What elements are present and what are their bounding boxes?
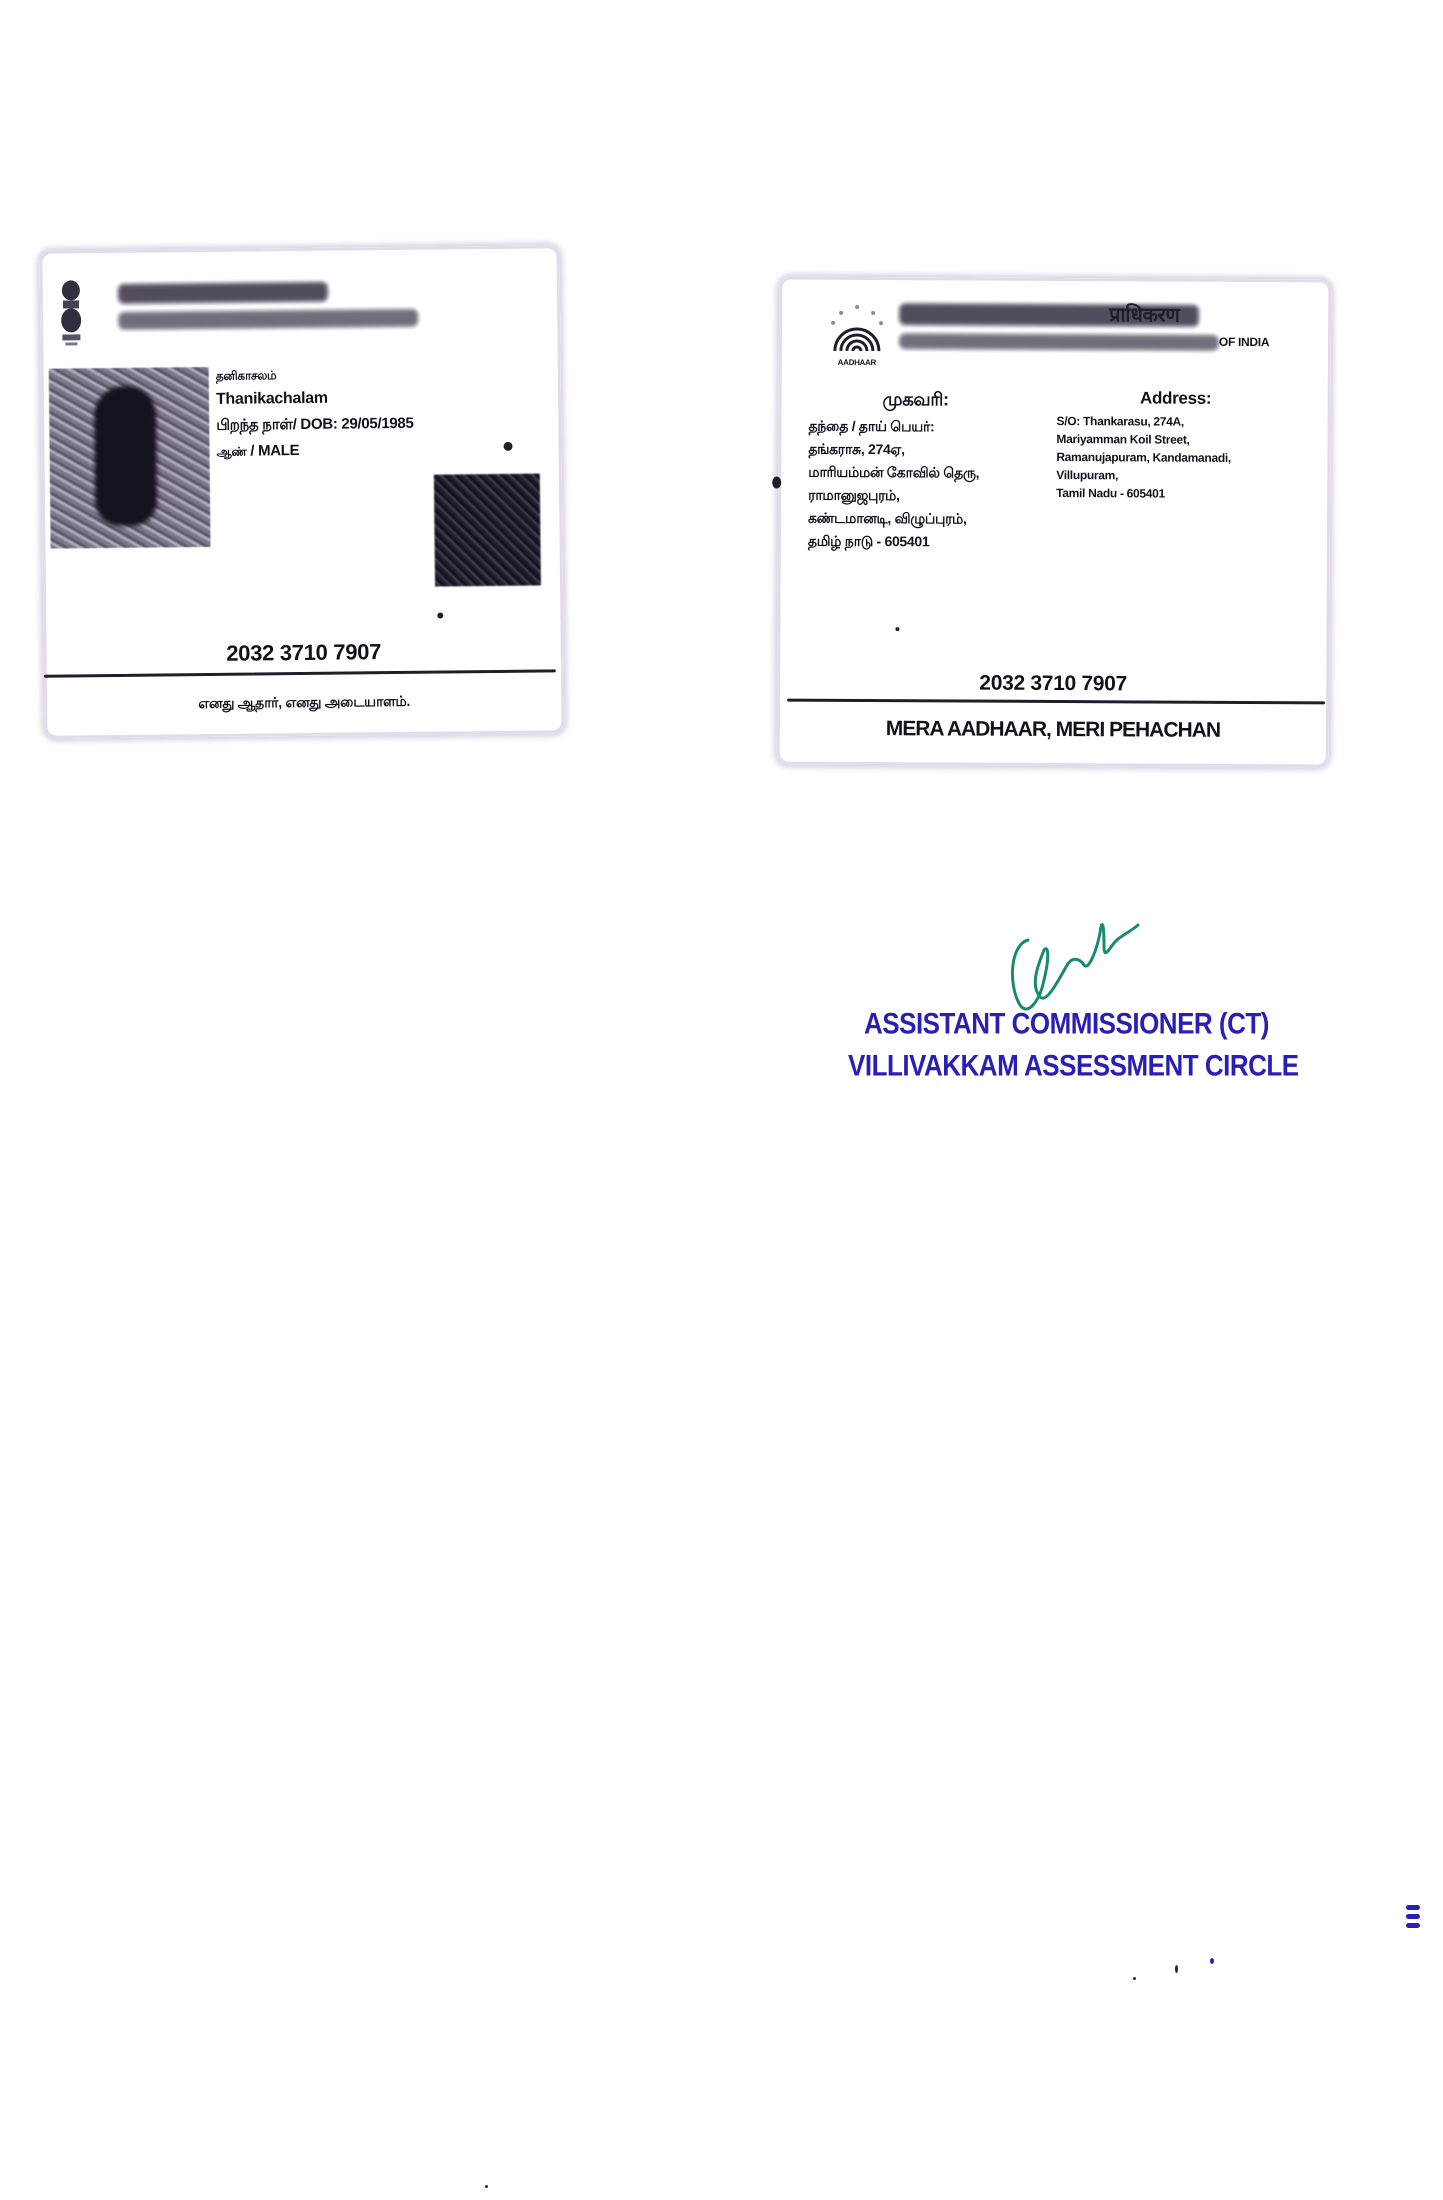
header-english-tail: OF INDIA: [1219, 335, 1269, 349]
tagline-tamil: எனது ஆதார், எனது அடையாளம்.: [44, 691, 564, 715]
dob-value: 29/05/1985: [341, 415, 413, 433]
tamil-address-line: தந்தை / தாய் பெயர்:: [808, 415, 979, 439]
tamil-address-heading: முகவரி:: [831, 389, 1001, 413]
dob-row: பிறந்த நாள்/ DOB: 29/05/1985: [216, 415, 413, 436]
header-english-redacted: [899, 333, 1219, 351]
gender-row: ஆண் / MALE: [216, 442, 299, 461]
header-line-2-redacted: [118, 309, 418, 330]
english-address: S/O: Thankarasu, 274A, Mariyamman Koil S…: [1056, 412, 1231, 503]
english-address-line: Ramanujapuram, Kandamanadi,: [1056, 448, 1231, 467]
tamil-address-line: கண்டமானடி, விழுப்புரம்,: [808, 507, 979, 531]
english-address-line: Mariyamman Koil Street,: [1056, 430, 1231, 449]
tamil-address-line: தமிழ் நாடு - 605401: [808, 530, 979, 554]
speck: [437, 613, 443, 619]
divider: [787, 699, 1325, 705]
aadhaar-number: 2032 3710 7907: [44, 637, 564, 668]
speck: [1175, 1965, 1178, 1973]
english-address-line: Tamil Nadu - 605401: [1056, 484, 1231, 503]
speck: [1210, 1958, 1214, 1964]
header-hindi-tail: प्राधिकरण: [1109, 300, 1180, 327]
speck: [772, 477, 781, 489]
stamp-line-1: ASSISTANT COMMISSIONER (CT): [864, 1006, 1269, 1042]
name-english: Thanikachalam: [216, 390, 328, 409]
national-emblem-icon: [58, 278, 85, 348]
tamil-address-line: மாரியம்மன் கோவில் தெரு,: [808, 461, 979, 485]
header-line-1-redacted: [118, 282, 328, 304]
dob-label: பிறந்த நாள்/ DOB:: [216, 416, 337, 434]
divider: [44, 669, 556, 677]
tagline-english: MERA AADHAAR, MERI PEHACHAN: [777, 717, 1329, 744]
photo: [49, 367, 211, 549]
gender-value: / MALE: [250, 442, 299, 460]
stamp-line-2: VILLIVAKKAM ASSESSMENT CIRCLE: [848, 1048, 1299, 1084]
logo-caption: AADHAAR: [827, 358, 887, 367]
tamil-address-line: தங்கராசு, 274ஏ,: [808, 438, 979, 462]
ink-marks-icon: [1406, 1905, 1420, 1935]
aadhaar-number: 2032 3710 7907: [777, 671, 1329, 698]
signature: [1000, 905, 1170, 1015]
qr-code-redacted: [434, 474, 541, 587]
aadhaar-fingerprint-logo-icon: AADHAAR: [827, 303, 887, 365]
speck: [503, 442, 512, 451]
speck: [895, 627, 899, 631]
english-address-line: Villupuram,: [1056, 466, 1231, 485]
english-address-line: S/O: Thankarasu, 274A,: [1056, 412, 1231, 431]
english-address-heading: Address:: [1061, 388, 1291, 409]
tamil-address: தந்தை / தாய் பெயர்: தங்கராசு, 274ஏ, மாரி…: [808, 415, 980, 554]
gender-label: ஆண்: [217, 445, 247, 459]
speck: [485, 2185, 488, 2188]
name-tamil: தனிகாசலம்: [216, 368, 277, 385]
aadhaar-front-card: தனிகாசலம் Thanikachalam பிறந்த நாள்/ DOB…: [39, 245, 564, 738]
speck: [1133, 1977, 1136, 1980]
aadhaar-back-card: AADHAAR प्राधिकरण OF INDIA முகவரி: தந்தை…: [777, 277, 1332, 768]
tamil-address-line: ராமானுஜபுரம்,: [808, 484, 979, 508]
